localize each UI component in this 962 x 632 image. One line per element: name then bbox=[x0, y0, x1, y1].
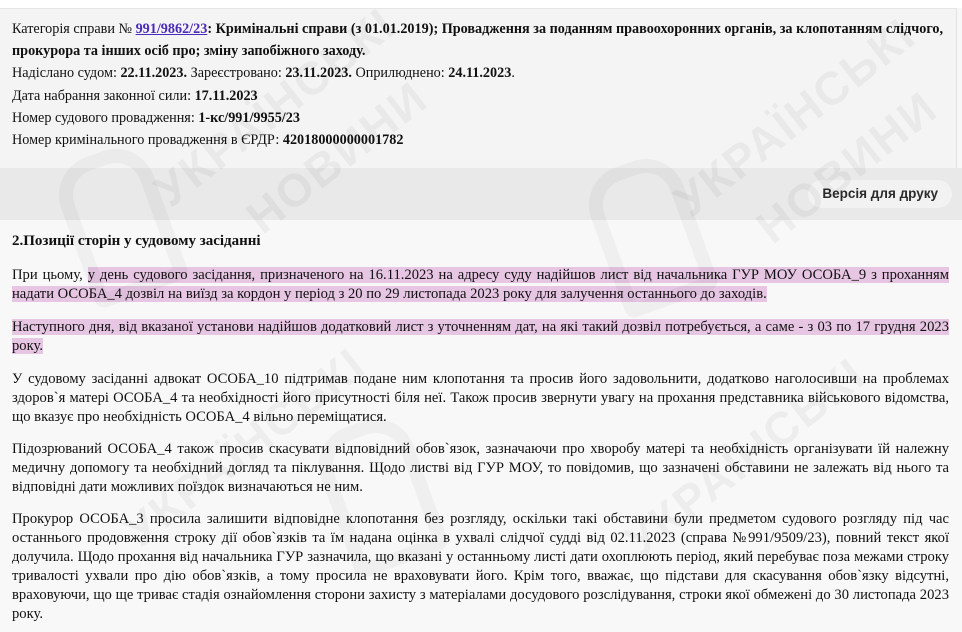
proceeding-label: Номер судового провадження: bbox=[12, 110, 198, 126]
registered-label: Зареєстровано: bbox=[187, 65, 285, 81]
dates-line: Надіслано судом: 22.11.2023. Зареєстрова… bbox=[12, 62, 515, 84]
effective-date-line: Дата набрання законної сили: 17.11.2023 bbox=[12, 85, 258, 107]
erdr-number: 42018000000001782 bbox=[283, 132, 404, 148]
effective-label: Дата набрання законної сили: bbox=[12, 88, 195, 104]
category-text: : Кримінальні справи (з 01.01.2019); Про… bbox=[207, 21, 943, 37]
case-category-line-2: прокурора та інших осіб про; зміну запоб… bbox=[12, 40, 365, 62]
paragraph-prefix: При цьому, bbox=[12, 267, 88, 283]
paragraph-advocate-position: У судовому засіданні адвокат ОСОБА_10 пі… bbox=[12, 370, 949, 427]
top-strip bbox=[0, 0, 962, 8]
paragraph-letter-gur: При цьому, у день судового засідання, пр… bbox=[12, 266, 949, 304]
published-dot: . bbox=[511, 65, 515, 81]
category-text-continued: прокурора та інших осіб про; зміну запоб… bbox=[12, 43, 365, 59]
category-label: Категорія справи № bbox=[12, 21, 136, 37]
proceeding-number: 1-кс/991/9955/23 bbox=[198, 110, 300, 126]
sent-date: 22.11.2023. bbox=[120, 65, 187, 81]
sent-label: Надіслано судом: bbox=[12, 65, 120, 81]
highlighted-text: Наступного дня, від вказаної установи на… bbox=[12, 319, 949, 354]
highlighted-text: у день судового засідання, призначеного … bbox=[12, 267, 949, 302]
erdr-number-line: Номер кримінального провадження в ЄРДР: … bbox=[12, 129, 403, 151]
published-date: 24.11.2023 bbox=[448, 65, 511, 81]
erdr-label: Номер кримінального провадження в ЄРДР: bbox=[12, 132, 283, 148]
paragraph-additional-letter: Наступного дня, від вказаної установи на… bbox=[12, 318, 949, 356]
case-category-line: Категорія справи № 991/9862/23: Кримінал… bbox=[12, 18, 943, 40]
case-number-link[interactable]: 991/9862/23 bbox=[136, 21, 208, 37]
published-label: Оприлюднено: bbox=[352, 65, 448, 81]
effective-date: 17.11.2023 bbox=[195, 88, 258, 104]
proceeding-number-line: Номер судового провадження: 1-кс/991/995… bbox=[12, 107, 300, 129]
paragraph-prosecutor-position: Прокурор ОСОБА_3 просила залишити відпов… bbox=[12, 510, 949, 624]
section-heading: 2.Позиції сторін у судовому засіданні bbox=[12, 231, 261, 251]
print-version-button[interactable]: Версія для друку bbox=[808, 180, 952, 208]
registered-date: 23.11.2023. bbox=[285, 65, 352, 81]
paragraph-suspect-position: Підозрюваний ОСОБА_4 також просив скасув… bbox=[12, 440, 949, 497]
